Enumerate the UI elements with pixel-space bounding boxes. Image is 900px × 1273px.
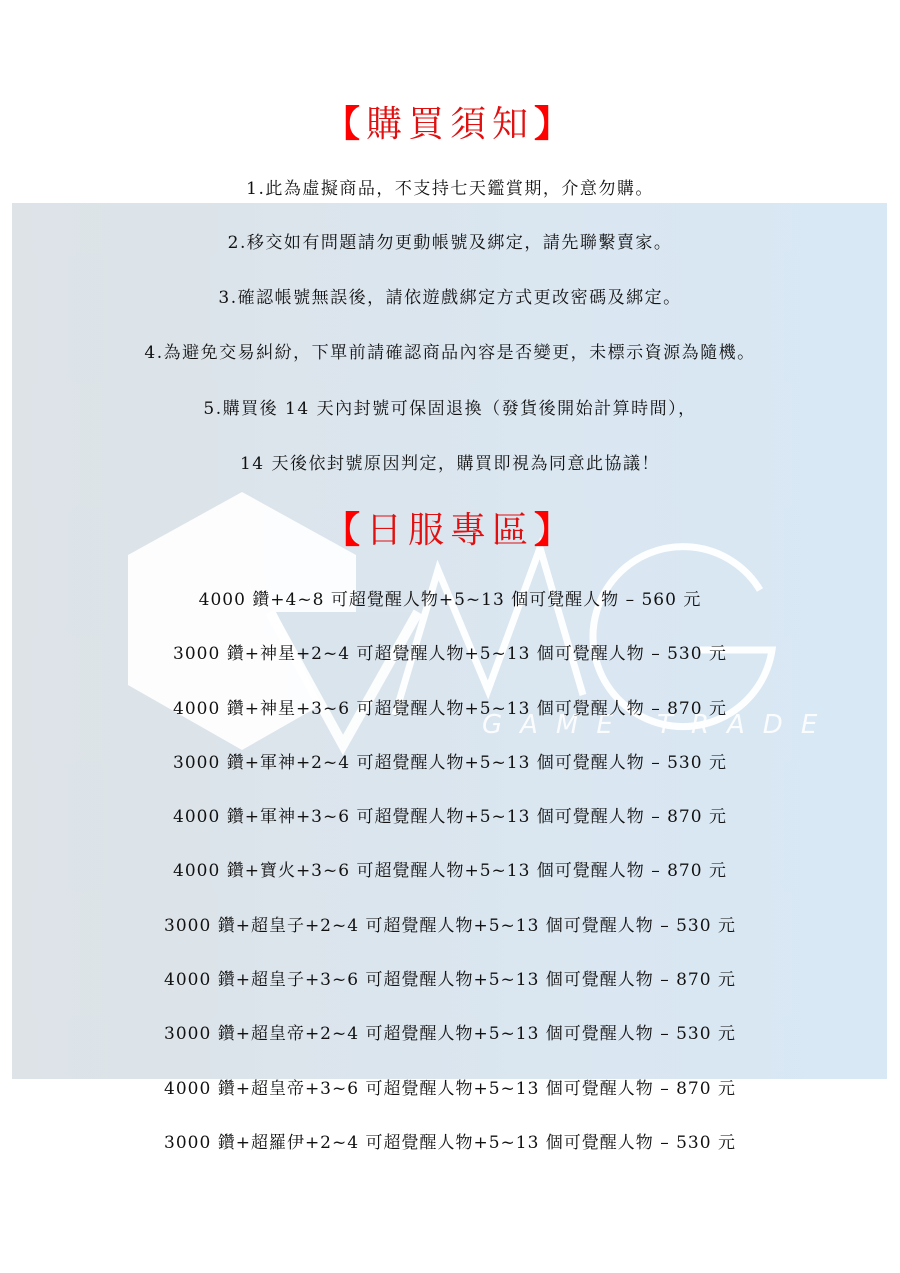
notice-item: 1.此為虛擬商品，不支持七天鑑賞期，介意勿購。 — [0, 177, 900, 201]
product-listing: 3000 鑽+超羅伊+2~4 可超覺醒人物+5~13 個可覺醒人物 – 530 … — [0, 1131, 900, 1155]
product-listing: 4000 鑽+超皇子+3~6 可超覺醒人物+5~13 個可覺醒人物 – 870 … — [0, 968, 900, 992]
jp-section-title-text: 日服專區 — [366, 510, 534, 551]
title-bracket-open: 【 — [324, 509, 366, 551]
product-listing: 4000 鑽+寶火+3~6 可超覺醒人物+5~13 個可覺醒人物 – 870 元 — [0, 859, 900, 883]
notice-item: 5.購買後 14 天內封號可保固退換（發貨後開始計算時間）， — [0, 397, 900, 421]
title-bracket-open: 【 — [324, 103, 366, 145]
product-listing: 3000 鑽+超皇子+2~4 可超覺醒人物+5~13 個可覺醒人物 – 530 … — [0, 914, 900, 938]
notice-item: 3.確認帳號無誤後，請依遊戲綁定方式更改密碼及綁定。 — [0, 286, 900, 310]
notice-item: 14 天後依封號原因判定，購買即視為同意此協議！ — [0, 452, 900, 476]
product-listing: 4000 鑽+神星+3~6 可超覺醒人物+5~13 個可覺醒人物 – 870 元 — [0, 697, 900, 721]
notice-title: 【購買須知】 — [0, 100, 900, 149]
notice-item: 4.為避免交易糾紛，下單前請確認商品內容是否變更，未標示資源為隨機。 — [0, 341, 900, 365]
product-listing: 4000 鑽+4~8 可超覺醒人物+5~13 個可覺醒人物 – 560 元 — [0, 588, 900, 612]
background-panel — [12, 203, 887, 1079]
product-listing: 3000 鑽+超皇帝+2~4 可超覺醒人物+5~13 個可覺醒人物 – 530 … — [0, 1022, 900, 1046]
product-listing: 3000 鑽+神星+2~4 可超覺醒人物+5~13 個可覺醒人物 – 530 元 — [0, 642, 900, 666]
jp-section-title: 【日服專區】 — [0, 506, 900, 555]
notice-item: 2.移交如有問題請勿更動帳號及綁定，請先聯繫賣家。 — [0, 231, 900, 255]
title-bracket-close: 】 — [534, 103, 576, 145]
title-bracket-close: 】 — [534, 509, 576, 551]
notice-title-text: 購買須知 — [366, 104, 534, 145]
product-listing: 4000 鑽+軍神+3~6 可超覺醒人物+5~13 個可覺醒人物 – 870 元 — [0, 805, 900, 829]
product-listing: 4000 鑽+超皇帝+3~6 可超覺醒人物+5~13 個可覺醒人物 – 870 … — [0, 1077, 900, 1101]
product-listing: 3000 鑽+軍神+2~4 可超覺醒人物+5~13 個可覺醒人物 – 530 元 — [0, 751, 900, 775]
